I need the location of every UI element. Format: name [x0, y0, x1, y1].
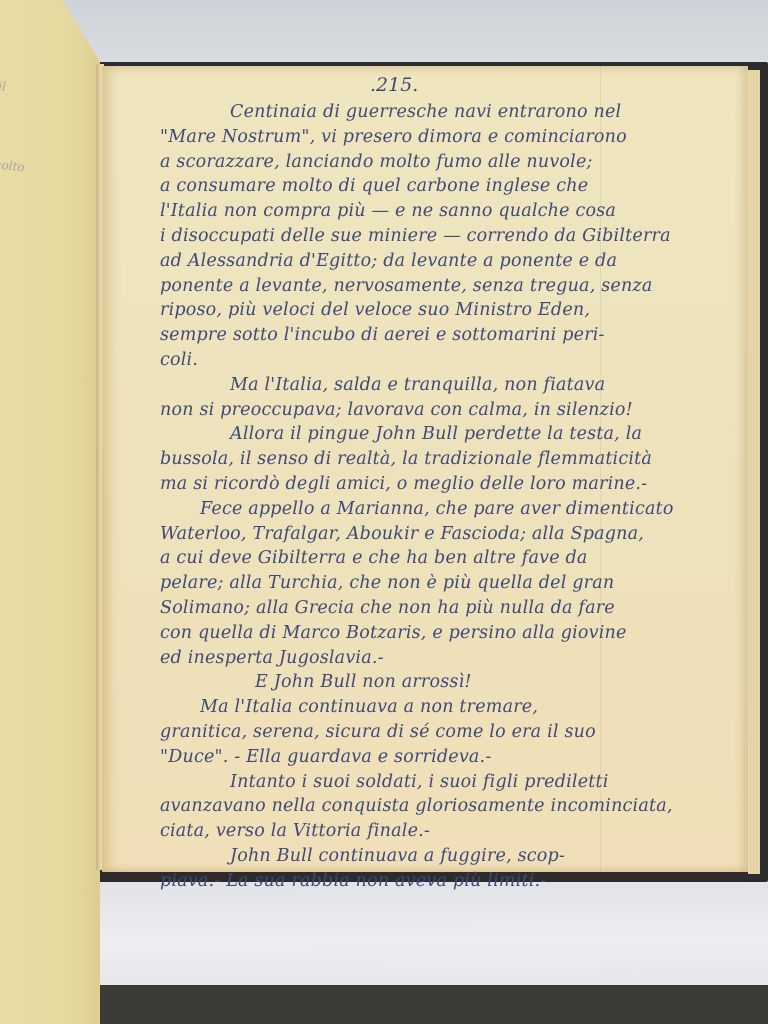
text-line: Solimano; alla Grecia che non ha più nul…	[160, 596, 720, 621]
text-line: non si preoccupava; lavorava con calma, …	[160, 398, 720, 423]
left-fragment: ... le	[0, 770, 21, 807]
text-line: E John Bull non arrossì!	[160, 670, 720, 695]
page-edges	[748, 70, 760, 874]
text-line: granitica, serena, sicura di sé come lo …	[160, 720, 720, 745]
text-line: ciata, verso la Vittoria finale.-	[160, 819, 720, 844]
text-line: John Bull continuava a fuggire, scop-	[160, 844, 720, 869]
left-page-faded-text: ... il ... molto ... e ... il ... la ...…	[0, 20, 99, 1006]
text-line: avanzavano nella conquista gloriosamente…	[160, 794, 720, 819]
left-fragment: ... a	[0, 692, 29, 729]
text-line: Ma l'Italia, salda e tranquilla, non fia…	[160, 373, 720, 398]
left-fragment: ... il	[0, 72, 94, 109]
left-page: ... il ... molto ... e ... il ... la ...…	[0, 0, 100, 1024]
text-line: Fece appello a Marianna, che pare aver d…	[160, 497, 720, 522]
text-line: pelare; alla Turchia, che non è più quel…	[160, 571, 720, 596]
text-line: bussola, il senso di realtà, la tradizio…	[160, 447, 720, 472]
left-fragment: ... il	[0, 304, 70, 341]
background-wall	[0, 0, 768, 70]
text-line: coli.	[160, 348, 720, 373]
text-line: sempre sotto l'incubo di aerei e sottoma…	[160, 323, 720, 348]
text-line: Centinaia di guerresche navi entrarono n…	[160, 100, 720, 125]
left-fragment: ... molto	[0, 149, 86, 186]
text-line: a cui deve Gibilterra e che ha ben altre…	[160, 546, 720, 571]
text-line: a consumare molto di quel carbone ingles…	[160, 174, 720, 199]
text-line: i disoccupati delle sue miniere — corren…	[160, 224, 720, 249]
left-fragment: ... la	[0, 382, 61, 419]
page-number: .215.	[370, 74, 418, 96]
left-fragment: ... e	[0, 227, 78, 264]
text-line: "Mare Nostrum", vi presero dimora e comi…	[160, 125, 720, 150]
text-line: con quella di Marco Botzaris, e persino …	[160, 621, 720, 646]
left-fragment: ... le	[0, 460, 53, 497]
left-fragment: ... di	[0, 537, 45, 574]
text-line: ponente a levante, nervosamente, senza t…	[160, 274, 720, 299]
text-line: Intanto i suoi soldati, i suoi figli pre…	[160, 770, 720, 795]
text-line: piava.- La sua rabbia non aveva più limi…	[160, 869, 720, 894]
left-fragment: ... ed	[0, 615, 37, 652]
text-line: "Duce". - Ella guardava e sorrideva.-	[160, 745, 720, 770]
handwritten-text-block: Centinaia di guerresche navi entrarono n…	[160, 100, 720, 894]
text-line: a scorazzare, lanciando molto fumo alle …	[160, 150, 720, 175]
text-line: ed inesperta Jugoslavia.-	[160, 646, 720, 671]
text-line: Ma l'Italia continuava a non tremare,	[160, 695, 720, 720]
text-line: Waterloo, Trafalgar, Aboukir e Fascioda;…	[160, 522, 720, 547]
text-line: Allora il pingue John Bull perdette la t…	[160, 422, 720, 447]
text-line: l'Italia non compra più — e ne sanno qua…	[160, 199, 720, 224]
text-line: ad Alessandria d'Egitto; da levante a po…	[160, 249, 720, 274]
text-line: riposo, più veloci del veloce suo Minist…	[160, 298, 720, 323]
table-surface	[0, 985, 768, 1024]
text-line: ma si ricordò degli amici, o meglio dell…	[160, 472, 720, 497]
